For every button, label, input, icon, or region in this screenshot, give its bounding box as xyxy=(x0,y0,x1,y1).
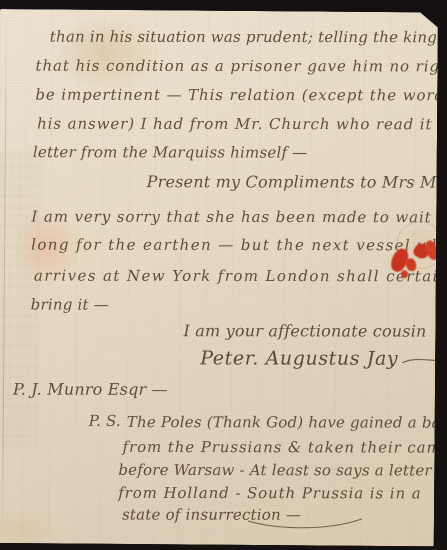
postscript-line: from Holland - South Prussia is in a xyxy=(118,486,421,502)
letter-line: bring it — xyxy=(31,297,109,312)
signature-flourish xyxy=(400,352,447,368)
signature: Peter. Augustus Jay xyxy=(200,349,447,368)
letter-line: be impertinent — This relation (except t… xyxy=(35,88,447,104)
postscript-flourish xyxy=(246,513,366,532)
letter-line: letter from the Marquiss himself — xyxy=(33,145,308,160)
addressee: P. J. Munro Esqr — xyxy=(13,382,168,398)
stain xyxy=(51,13,162,92)
wax-seal xyxy=(401,270,408,278)
postscript-line: The Poles (Thank God) have gained a batt… xyxy=(127,415,447,431)
closing-line: I am your affectionate cousin xyxy=(183,323,426,339)
postscript-line: before Warsaw - At least so says a lette… xyxy=(118,463,431,479)
letter-line: long for the earthen — but the next vess… xyxy=(31,238,447,254)
letter-line: than in his situation was prudent; telli… xyxy=(50,30,437,46)
scanned-letter-page: than in his situation was prudent; telli… xyxy=(0,0,447,550)
postscript-label: P. S. xyxy=(89,414,121,429)
letter-line: his answer) I had from Mr. Church who re… xyxy=(37,117,447,133)
letter-line: I am very sorry that she has been made t… xyxy=(31,210,447,226)
letter-line: that his condition as a prisoner gave hi… xyxy=(36,59,447,75)
postscript-line: from the Prussians & taken their camp xyxy=(123,440,447,456)
letter-line: arrives at New York from London shall ce… xyxy=(34,269,447,285)
letter-paper: than in his situation was prudent; telli… xyxy=(0,9,438,546)
stain xyxy=(0,507,58,550)
letter-line: Present my Compliments to Mrs Munro xyxy=(147,174,447,191)
signature-name: Peter. Augustus Jay xyxy=(200,347,398,369)
